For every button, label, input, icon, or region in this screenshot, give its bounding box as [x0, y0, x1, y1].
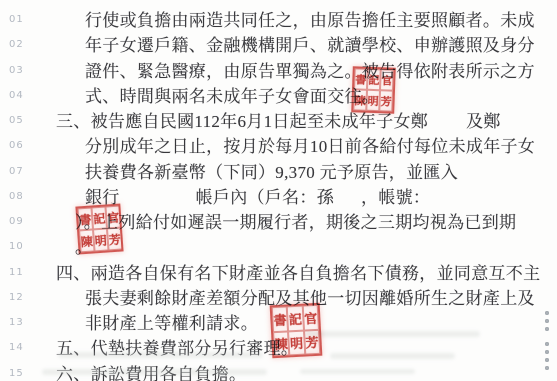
- stamp-character: 記: [287, 306, 304, 331]
- line-number: 15: [9, 368, 24, 379]
- stamp-character: 明: [366, 90, 380, 111]
- text-line: 03證件、緊急醫療，由原告單獨為之。被告得依附表所示之方: [0, 59, 557, 84]
- stamp-character: 記: [367, 69, 381, 90]
- binding-hole-dot: [545, 327, 549, 331]
- line-text: 分別成年之日止，按月於每月10日前各給付每位未成年子女: [85, 135, 535, 158]
- ghost-bleed: [300, 369, 415, 374]
- ghost-bleed: [42, 369, 267, 375]
- line-number: 08: [9, 191, 24, 202]
- clerk-seal-stamp: 書記官陳明芳: [351, 66, 396, 113]
- binding-hole-dot: [545, 311, 549, 315]
- binding-hole-dot: [545, 366, 549, 370]
- stamp-character: 官: [380, 69, 394, 90]
- stamp-character: 記: [91, 207, 107, 230]
- text-line: 05三、被告應自民國112年6月1日起至未成年子女鄭及鄭: [0, 109, 557, 134]
- stamp-character: 明: [288, 330, 305, 355]
- line-number: 02: [9, 39, 24, 50]
- redacted-blank: [120, 202, 196, 203]
- binding-hole-dot: [545, 342, 549, 346]
- line-number: 06: [9, 140, 24, 151]
- line-number: 09: [9, 216, 24, 227]
- line-text: 非財產上等權利請求。: [85, 312, 258, 335]
- line-number: 01: [9, 14, 24, 25]
- text-line: 11四、兩造各自保有名下財產並各自負擔名下債務，並同意互不主: [0, 261, 557, 286]
- text-line: 02年子女遷戶籍、金融機構開戶、就讀學校、申辦護照及身分: [0, 33, 557, 58]
- line-number: 04: [9, 90, 24, 101]
- line-number: 07: [9, 166, 24, 177]
- line-text: 行使或負擔由兩造共同任之，由原告擔任主要照顧者。未成: [85, 9, 535, 32]
- stamp-character: 書: [78, 208, 94, 231]
- line-number: 05: [9, 115, 24, 126]
- stamp-character: 書: [272, 306, 289, 331]
- binding-hole-dot: [545, 319, 549, 323]
- stamp-character: 芳: [379, 90, 393, 111]
- stamp-character: 官: [105, 206, 121, 229]
- line-text: 扶養費各新臺幣（下同）9,370 元予原告，並匯入: [85, 161, 458, 184]
- stamp-character: 陳: [353, 89, 367, 110]
- line-number: 14: [9, 342, 24, 353]
- stamp-character: 官: [302, 305, 319, 330]
- binding-hole-dot: [545, 358, 549, 362]
- line-text: 式、時間與兩名未成年子女會面交往。: [85, 85, 379, 108]
- redacted-blank: [334, 202, 361, 203]
- line-text: ）。上列給付如遲誤一期履行者，期後之三期均視為已到期: [75, 211, 516, 234]
- stamp-character: 書: [354, 68, 368, 89]
- line-text: 證件、緊急醫療，由原告單獨為之。被告得依附表所示之方: [85, 60, 535, 83]
- text-line: 01行使或負擔由兩造共同任之，由原告擔任主要照顧者。未成: [0, 8, 557, 33]
- line-text: 年子女遷戶籍、金融機構開戶、就讀學校、申辦護照及身分: [85, 34, 535, 57]
- binding-hole-dot: [545, 350, 549, 354]
- text-line: 07扶養費各新臺幣（下同）9,370 元予原告，並匯入: [0, 160, 557, 185]
- clerk-seal-stamp: 書記官陳明芳: [75, 203, 123, 254]
- line-number: 03: [9, 65, 24, 76]
- line-number: 12: [9, 292, 24, 303]
- line-number: 13: [9, 317, 24, 328]
- stamp-character: 陳: [79, 229, 95, 252]
- stamp-character: 芳: [304, 329, 321, 354]
- redacted-blank: [428, 126, 466, 127]
- ghost-bleed: [330, 353, 455, 359]
- ghost-bleed: [58, 352, 263, 358]
- text-line: 04式、時間與兩名未成年子女會面交往。: [0, 84, 557, 109]
- line-number: 10: [9, 241, 24, 252]
- ghost-bleed: [305, 331, 480, 337]
- stamp-character: 明: [93, 228, 109, 251]
- stamp-character: 陳: [273, 331, 290, 356]
- line-text: 銀行帳戶內（戶名：孫，帳號：: [85, 186, 430, 209]
- stamp-character: 芳: [107, 227, 123, 250]
- document-page: 01行使或負擔由兩造共同任之，由原告擔任主要照顧者。未成02年子女遷戶籍、金融機…: [0, 0, 557, 381]
- line-text: 四、兩造各自保有名下財產並各自負擔名下債務，並同意互不主: [56, 262, 540, 285]
- text-line: 06分別成年之日止，按月於每月10日前各給付每位未成年子女: [0, 134, 557, 159]
- line-text: 三、被告應自民國112年6月1日起至未成年子女鄭及鄭: [56, 110, 501, 133]
- line-number: 11: [9, 267, 24, 278]
- clerk-seal-stamp: 書記官陳明芳: [270, 303, 323, 359]
